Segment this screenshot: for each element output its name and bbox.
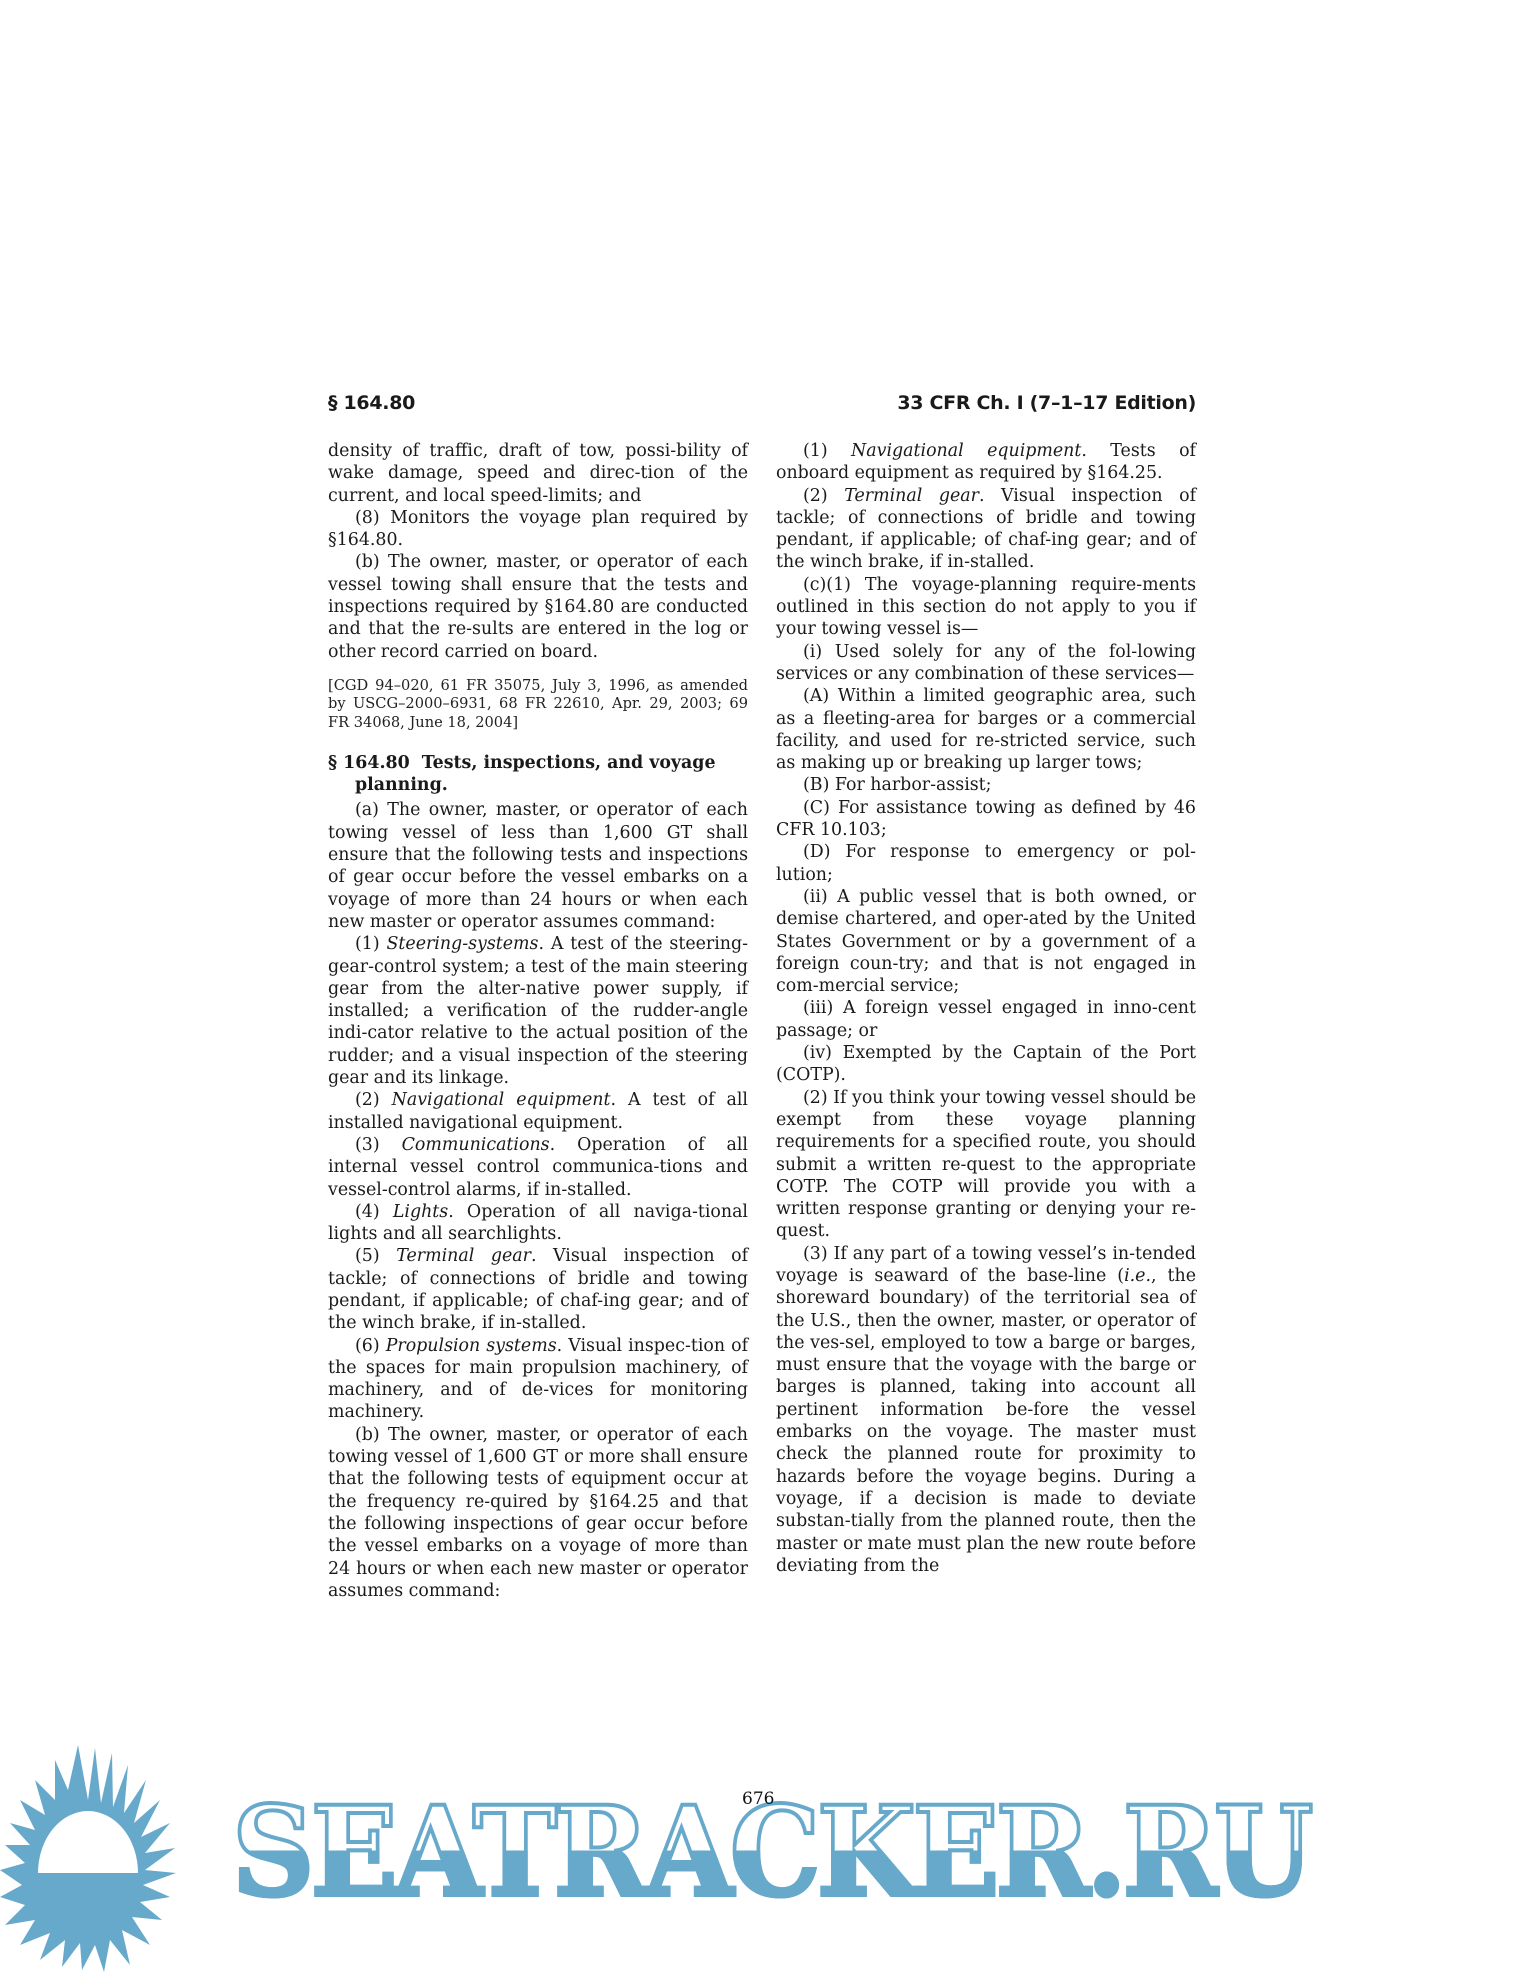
paragraph: (2) Navigational equipment. A test of al… bbox=[328, 1089, 748, 1134]
watermark-text: SEATRACKER.RU bbox=[232, 1793, 1310, 1913]
paragraph: (3) Communications. Operation of all int… bbox=[328, 1134, 748, 1201]
paragraph: (iii) A foreign vessel engaged in inno-c… bbox=[776, 997, 1196, 1042]
paragraph: (ii) A public vessel that is both owned,… bbox=[776, 886, 1196, 997]
paragraph: (iv) Exempted by the Captain of the Port… bbox=[776, 1042, 1196, 1087]
paragraph: (b) The owner, master, or operator of ea… bbox=[328, 1424, 748, 1602]
italic-run: i.e. bbox=[1124, 1266, 1151, 1286]
paragraph: density of traffic, draft of tow, possi-… bbox=[328, 440, 748, 507]
item-label: (1) bbox=[355, 934, 380, 954]
item-term: Propulsion systems bbox=[386, 1336, 557, 1356]
item-text: . A test of the steering-gear-control sy… bbox=[328, 934, 748, 1088]
paragraph: (5) Terminal gear. Visual inspection of … bbox=[328, 1245, 748, 1334]
paragraph: (A) Within a limited geographic area, su… bbox=[776, 685, 1196, 774]
paragraph: (b) The owner, master, or operator of ea… bbox=[328, 551, 748, 662]
running-header: § 164.80 33 CFR Ch. I (7–1–17 Edition) bbox=[328, 392, 1196, 418]
header-section-number: § 164.80 bbox=[328, 392, 415, 414]
paragraph: (c)(1) The voyage-planning require-ments… bbox=[776, 574, 1196, 641]
item-text: . Visual inspection of tackle; of connec… bbox=[328, 1246, 748, 1333]
item-term: Navigational equipment bbox=[851, 441, 1081, 461]
paragraph: (2) If you think your towing vessel shou… bbox=[776, 1087, 1196, 1243]
item-label: (1) bbox=[803, 441, 828, 461]
item-label: (2) bbox=[355, 1090, 380, 1110]
item-label: (4) bbox=[355, 1202, 380, 1222]
item-label: (6) bbox=[355, 1336, 380, 1356]
item-text: . Operation of all naviga-tional lights … bbox=[328, 1202, 748, 1244]
item-term: Lights bbox=[393, 1202, 448, 1222]
left-column: density of traffic, draft of tow, possi-… bbox=[328, 440, 748, 1602]
item-term: Steering-systems bbox=[387, 934, 539, 954]
section-heading: § 164.80Tests, inspections, and voyage p… bbox=[328, 752, 748, 796]
item-label: (3) bbox=[355, 1135, 380, 1155]
right-column: (1) Navigational equipment. Tests of onb… bbox=[776, 440, 1196, 1577]
paragraph: (3) If any part of a towing vessel’s in-… bbox=[776, 1243, 1196, 1577]
item-term: Terminal gear bbox=[844, 486, 979, 506]
paragraph: (6) Propulsion systems. Visual inspec-ti… bbox=[328, 1335, 748, 1424]
paragraph: (8) Monitors the voyage plan required by… bbox=[328, 507, 748, 552]
page-number: 676 bbox=[742, 1789, 774, 1809]
paragraph: (C) For assistance towing as defined by … bbox=[776, 797, 1196, 842]
header-edition: 33 CFR Ch. I (7–1–17 Edition) bbox=[897, 392, 1196, 414]
paragraph: (2) Terminal gear. Visual inspection of … bbox=[776, 485, 1196, 574]
paragraph: (D) For response to emergency or pol-lut… bbox=[776, 841, 1196, 886]
paragraph: (i) Used solely for any of the fol-lowin… bbox=[776, 641, 1196, 686]
item-term: Communications bbox=[402, 1135, 550, 1155]
item-term: Terminal gear bbox=[396, 1246, 531, 1266]
item-term: Navigational equipment bbox=[392, 1090, 611, 1110]
source-citation: [CGD 94–020, 61 FR 35075, July 3, 1996, … bbox=[328, 677, 748, 733]
section-heading-number: § 164.80 bbox=[328, 753, 410, 773]
paragraph: (1) Navigational equipment. Tests of onb… bbox=[776, 440, 1196, 485]
paragraph: (1) Steering-systems. A test of the stee… bbox=[328, 933, 748, 1089]
paragraph: (B) For harbor-assist; bbox=[776, 774, 1196, 796]
text-run: , the shoreward boundary) of the territo… bbox=[776, 1266, 1196, 1576]
item-label: (2) bbox=[803, 486, 828, 506]
paragraph: (a) The owner, master, or operator of ea… bbox=[328, 799, 748, 933]
item-text: . Visual inspection of tackle; of connec… bbox=[776, 486, 1196, 573]
item-label: (5) bbox=[355, 1246, 380, 1266]
paragraph: (4) Lights. Operation of all naviga-tion… bbox=[328, 1201, 748, 1246]
